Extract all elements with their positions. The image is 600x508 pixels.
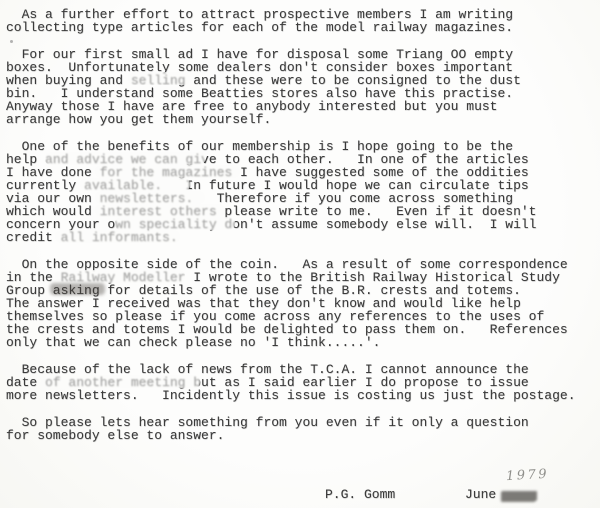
paragraph-intro: As a further effort to attract prospecti… <box>6 8 600 34</box>
text-line: for somebody else to answer. <box>6 429 600 442</box>
paragraph-tca-news: Because of the lack of news from the T.C… <box>6 363 600 402</box>
paragraph-membership-benefits: One of the benefits of our membership is… <box>6 140 600 244</box>
stray-ink-dot <box>10 40 13 43</box>
text-line: credit all informants. <box>6 231 600 244</box>
date-month: June <box>465 488 496 501</box>
text-line: arrange how you get them yourself. <box>6 113 600 126</box>
smudged-typed-year <box>501 491 537 501</box>
text-line: only that we can check please no 'I thin… <box>6 336 600 349</box>
author-name: P.G. Gomm <box>325 488 395 501</box>
paragraph-closing: So please lets hear something from you e… <box>6 416 600 442</box>
handwritten-year: 1979 <box>506 468 550 483</box>
signature-row: P.G. Gomm June 1979 <box>0 485 600 508</box>
text-line: collecting type articles for each of the… <box>6 21 600 34</box>
text-line: more newsletters. Incidently this issue … <box>6 389 600 402</box>
paragraph-br-crests: On the opposite side of the coin. As a r… <box>6 258 600 349</box>
paragraph-triang-boxes: For our first small ad I have for dispos… <box>6 48 600 126</box>
typewritten-letter-page: As a further effort to attract prospecti… <box>0 0 600 508</box>
